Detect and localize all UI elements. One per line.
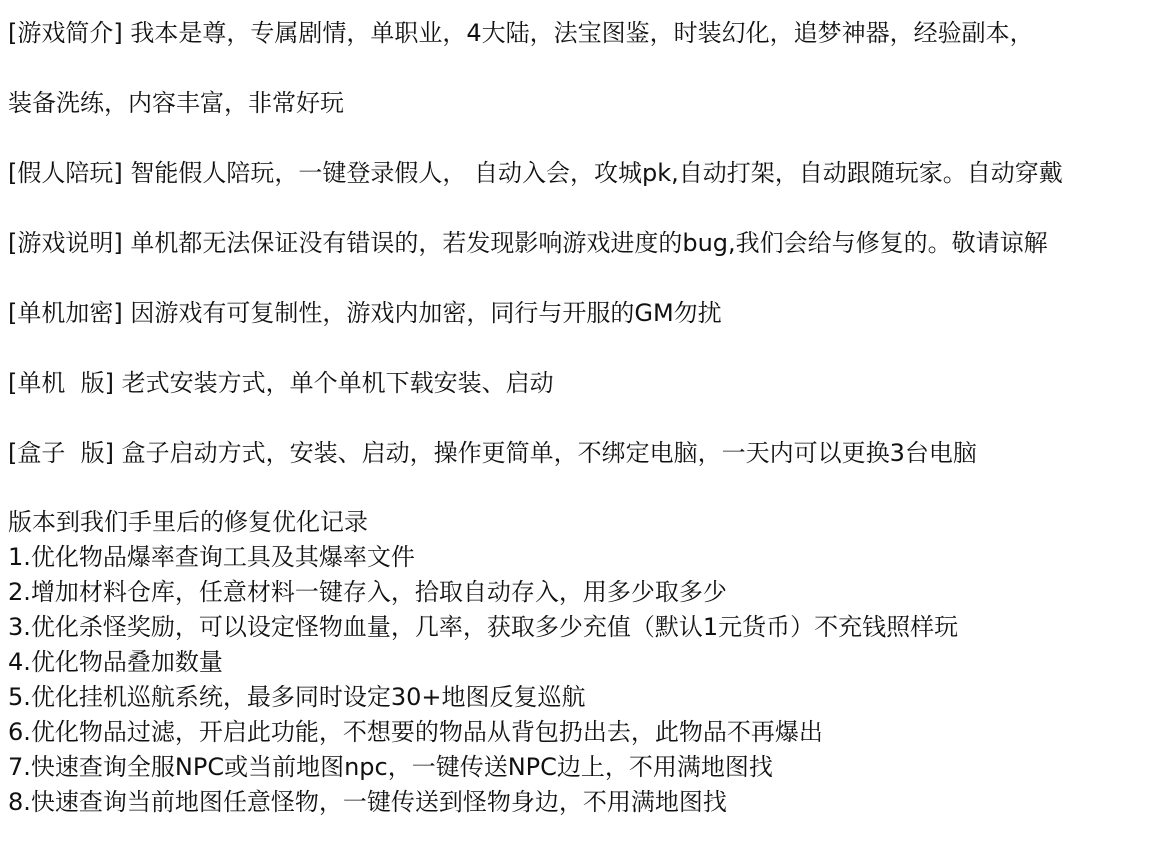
changelog-item: 6.优化物品过滤，开启此功能，不想要的物品从背包扔出去，此物品不再爆出 — [8, 716, 823, 748]
intro-line-2: 装备洗练，内容丰富，非常好玩 — [8, 87, 344, 119]
changelog-title: 版本到我们手里后的修复优化记录 — [8, 506, 368, 538]
intro-tag: [游戏简介] — [8, 19, 123, 47]
intro-text: 我本是尊，专属剧情，单职业，4大陆，法宝图鉴，时装幻化，追梦神器，经验副本， — [123, 19, 1034, 47]
section-tag: [单机 版] — [8, 369, 114, 397]
section-encryption: [单机加密] 因游戏有可复制性，游戏内加密，同行与开服的GM勿扰 — [8, 297, 722, 329]
changelog-item: 4.优化物品叠加数量 — [8, 646, 223, 678]
section-fake-players: [假人陪玩] 智能假人陪玩，一键登录假人， 自动入会，攻城pk,自动打架，自动跟… — [8, 157, 1063, 189]
section-text: 单机都无法保证没有错误的，若发现影响游戏进度的bug,我们会给与修复的。敬请谅解 — [123, 229, 1048, 257]
changelog-item: 8.快速查询当前地图任意怪物，一键传送到怪物身边，不用满地图找 — [8, 786, 727, 818]
changelog-item: 7.快速查询全服NPC或当前地图npc，一键传送NPC边上，不用满地图找 — [8, 751, 773, 783]
changelog-item: 1.优化物品爆率查询工具及其爆率文件 — [8, 541, 415, 573]
section-box-version: [盒子 版] 盒子启动方式，安装、启动，操作更简单，不绑定电脑，一天内可以更换3… — [8, 437, 977, 469]
section-text: 因游戏有可复制性，游戏内加密，同行与开服的GM勿扰 — [123, 299, 722, 327]
section-tag: [单机加密] — [8, 299, 123, 327]
section-text: 盒子启动方式，安装、启动，操作更简单，不绑定电脑，一天内可以更换3台电脑 — [114, 439, 977, 467]
changelog-item: 5.优化挂机巡航系统，最多同时设定30+地图反复巡航 — [8, 681, 586, 713]
changelog-item: 3.优化杀怪奖励，可以设定怪物血量，几率，获取多少充值（默认1元货币）不充钱照样… — [8, 611, 958, 643]
section-game-notes: [游戏说明] 单机都无法保证没有错误的，若发现影响游戏进度的bug,我们会给与修… — [8, 227, 1048, 259]
intro-line-1: [游戏简介] 我本是尊，专属剧情，单职业，4大陆，法宝图鉴，时装幻化，追梦神器，… — [8, 17, 1034, 49]
section-text: 老式安装方式，单个单机下载安装、启动 — [114, 369, 554, 397]
section-text: 智能假人陪玩，一键登录假人， 自动入会，攻城pk,自动打架，自动跟随玩家。自动穿… — [123, 159, 1063, 187]
changelog-item: 2.增加材料仓库，任意材料一键存入，拾取自动存入，用多少取多少 — [8, 576, 727, 608]
section-tag: [游戏说明] — [8, 229, 123, 257]
section-tag: [假人陪玩] — [8, 159, 123, 187]
section-standalone-version: [单机 版] 老式安装方式，单个单机下载安装、启动 — [8, 367, 554, 399]
section-tag: [盒子 版] — [8, 439, 114, 467]
